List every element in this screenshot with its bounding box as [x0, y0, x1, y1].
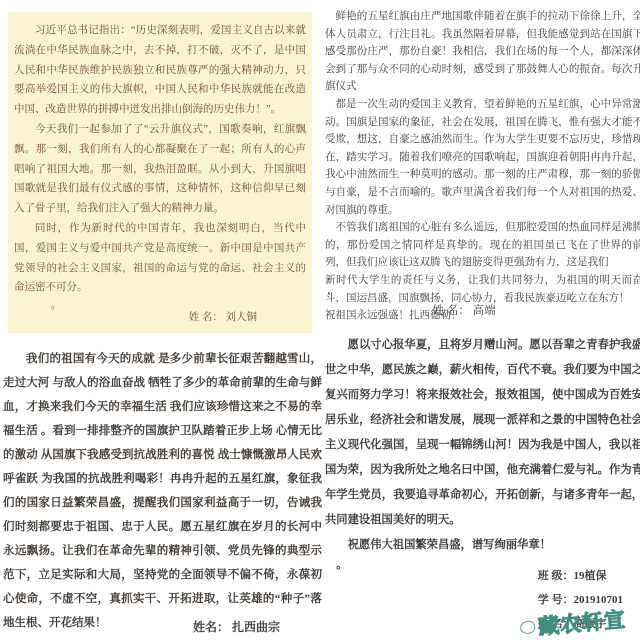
signature-label: 姓 名：: [189, 312, 223, 323]
stray-punctuation: 。: [14, 298, 306, 314]
essay-paragraph: 祝愿伟大祖国繁荣昌盛，谱写绚丽华章！: [325, 533, 640, 558]
signature-name: 刘人铜: [226, 312, 258, 323]
essay-bottom-right: 愿以寸心报华夏，且将岁月赠山河。愿以吾辈之青春护我盛世之中华，愿民族之巅，薪火相…: [325, 333, 640, 640]
signature-label: 姓名：: [193, 620, 229, 634]
essay-paragraph: 习近平总书记指出：“历史深刻表明，爱国主义自古以来就流淌在中华民族血脉之中，去不…: [14, 21, 306, 120]
student-id-label: 学 号：: [538, 594, 574, 606]
signature-name: 高振宇: [574, 618, 607, 630]
essay-paragraph: 我们的祖国有今天的成就 是多少前辈长征艰苦翻越雪山，走过大河 与敌人的浴血奋战 …: [3, 347, 322, 635]
essay-bottom-left: 我们的祖国有今天的成就 是多少前辈长征艰苦翻越雪山，走过大河 与敌人的浴血奋战 …: [3, 347, 322, 640]
signature-label: 姓 名：: [538, 618, 574, 630]
student-id-value: 201910701: [574, 594, 624, 606]
essay-paragraph: 愿以寸心报华夏，且将岁月赠山河。愿以吾辈之青春护我盛世之中华，愿民族之巅，薪火相…: [325, 333, 640, 533]
stray-punctuation: ，: [327, 286, 338, 296]
stray-punctuation: ，: [327, 272, 338, 282]
student-meta: 班 级：19植保 学 号：201910701 姓 名：高振宇: [538, 564, 623, 636]
class-line: 班 级：19植保: [538, 564, 623, 588]
essay-paragraph: 不管我们离祖国的心脏有多么遥远，但那腔爱国的热血同样是沸腾的，那份爱国之情同样是…: [325, 219, 640, 272]
essay-paragraph: 同时，作为新时代的中国青年，我也深刻明白，当代中国，爱国主义与爱中国共产党是高度…: [14, 219, 306, 298]
essay-top-right: 鲜艳的五星红旗由庄严地国歌伴随着在旗手的拉动下徐徐上升，全体人员肃立，行注目礼。…: [325, 8, 640, 326]
essay-paragraph: 鲜艳的五星红旗由庄严地国歌伴随着在旗手的拉动下徐徐上升，全体人员肃立，行注目礼。…: [325, 8, 640, 96]
essay-paragraph: 新时代大学生的责任与义务，让我们共同努力，为祖国的明天而奋斗，国运昌盛，国旗飘扬…: [325, 272, 640, 307]
signature-line: 姓名： 扎西曲宗: [193, 620, 280, 634]
student-id-line: 学 号：201910701: [538, 588, 623, 612]
essay-top-left: 习近平总书记指出：“历史深刻表明，爱国主义自古以来就流淌在中华民族血脉之中，去不…: [8, 12, 312, 333]
class-label: 班 级：: [538, 570, 574, 582]
signature-line: 姓 名： 刘人铜: [189, 311, 257, 325]
signature-name: 高端: [473, 305, 496, 317]
class-value: 19植保: [574, 570, 607, 582]
signature-line: 姓 名： 高端: [325, 303, 603, 321]
signature-name: 扎西曲宗: [232, 620, 280, 634]
essay-paragraph: 今天我们一起参加了了“云升旗仪式”，国歌奏响，红旗飘飘。那一刻，我们所有人的心都…: [14, 120, 306, 219]
essay-paragraph: 都是一次生动的爱国主义教育，望着鲜艳的五星红旗，心中异常激动。国旗是国家的象征，…: [325, 96, 640, 219]
signature-label: 姓 名：: [432, 305, 469, 317]
signature-line: 姓 名：高振宇: [538, 612, 623, 636]
